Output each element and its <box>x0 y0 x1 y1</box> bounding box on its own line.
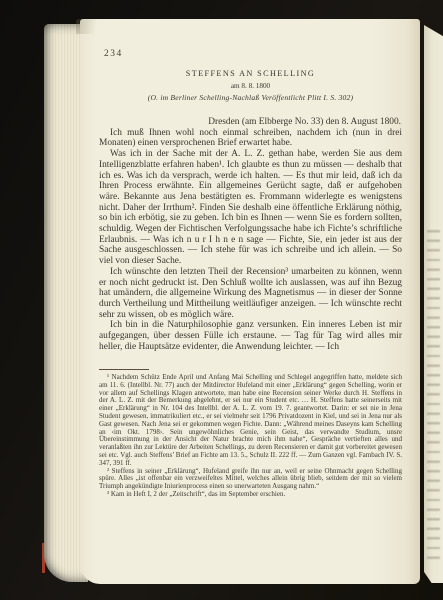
letter-heading-date: am 8. 8. 1800 <box>99 83 402 90</box>
letter-dateline: Dresden (am Elbberge No. 33) den 8. Augu… <box>99 117 402 128</box>
page-number: 234 <box>104 49 123 59</box>
footnote-3: ³ Kam in Heft I, 2 der „Zeitschrift“, da… <box>99 491 402 499</box>
letter-paragraph: Was ich in der Sache mit der A. L. Z. ge… <box>99 149 402 267</box>
footnote-2: ² Steffens in seiner „Erklärung“, Hufela… <box>99 468 402 491</box>
footnote-block: ¹ Nachdem Schütz Ende April und Anfang M… <box>99 369 402 499</box>
page-corner-shade <box>76 19 110 34</box>
letter-title: STEFFENS AN SCHELLING <box>99 70 402 78</box>
letter-heading: STEFFENS AN SCHELLING am 8. 8. 1800 (O. … <box>99 70 402 102</box>
letter-paragraph: Ich wünschte den letzten Theil der Recen… <box>99 267 402 321</box>
facing-page-edge <box>424 25 443 583</box>
letter-paragraph: Ich muß Ihnen wohl noch einmal schreiben… <box>99 128 402 149</box>
book-photo: 234 STEFFENS AN SCHELLING am 8. 8. 1800 … <box>0 0 443 600</box>
letter-source-note: (O. im Berliner Schelling-Nachlaß Veröff… <box>99 94 402 102</box>
footnote-rule <box>99 369 149 370</box>
letter-body: Dresden (am Elbberge No. 33) den 8. Augu… <box>99 117 402 352</box>
letter-paragraph: Ich bin in die Naturphilosophie ganz ver… <box>99 320 402 352</box>
book-page: 234 STEFFENS AN SCHELLING am 8. 8. 1800 … <box>80 19 420 584</box>
footnote-1: ¹ Nachdem Schütz Ende April und Anfang M… <box>99 374 402 468</box>
ghost-text-show-through <box>427 230 440 565</box>
